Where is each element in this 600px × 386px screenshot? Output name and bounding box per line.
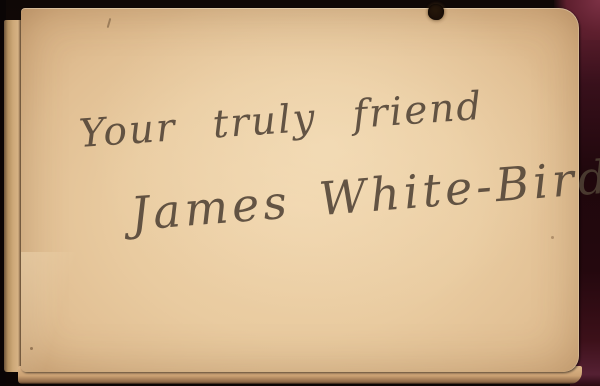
scanned-album-photo: Your truly friend James White-Bird: [0, 0, 600, 386]
page-stack-left-edge: [4, 20, 22, 372]
foxing-speck: [30, 347, 33, 350]
album-page: [21, 8, 579, 372]
foxing-speck: [551, 236, 554, 239]
ink-blot-stain: [428, 4, 444, 20]
